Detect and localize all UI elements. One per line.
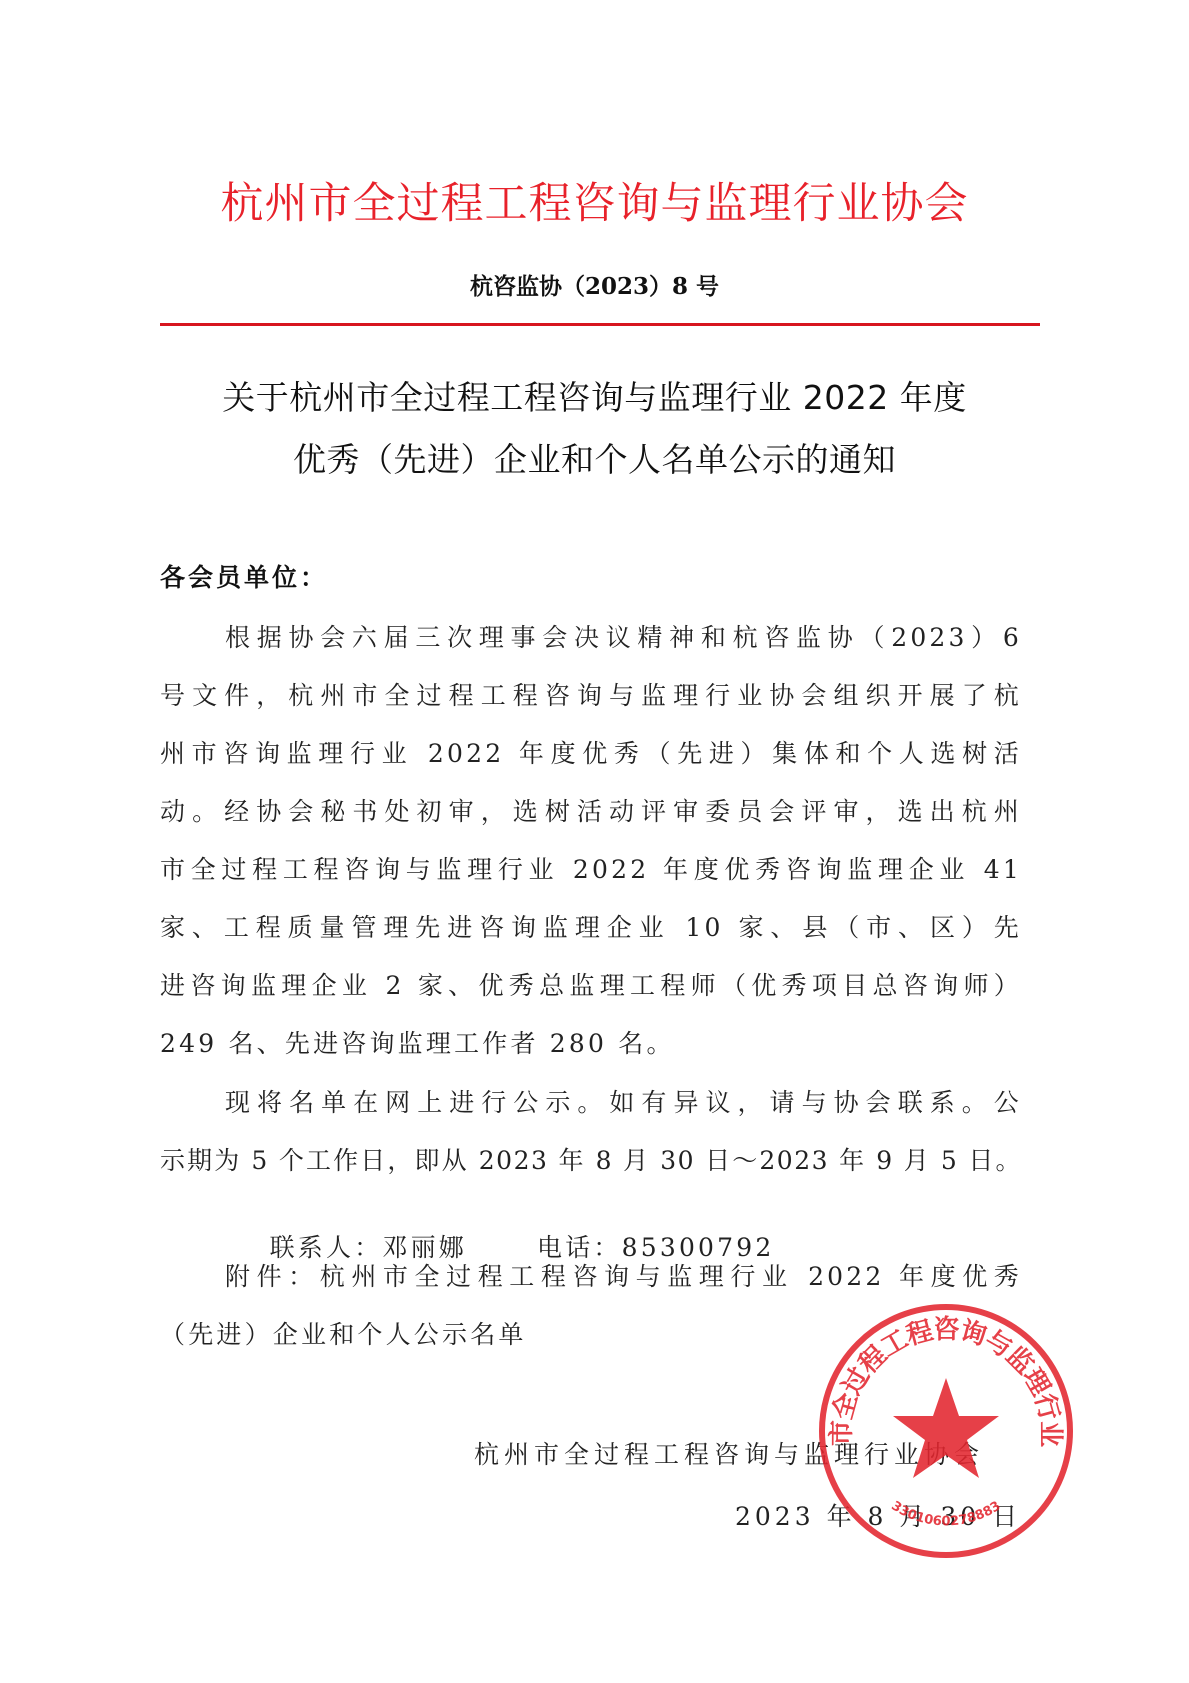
notice-title-line-2: 优秀（先进）企业和个人名单公示的通知 — [0, 434, 1189, 481]
body-line: 现将名单在网上进行公示。如有异议，请与协会联系。公 — [225, 1083, 1022, 1119]
notice-title-line-1: 关于杭州市全过程工程咨询与监理行业 2022 年度 — [0, 372, 1189, 419]
salutation: 各会员单位： — [160, 558, 328, 594]
body-line: 示期为 5 个工作日，即从 2023 年 8 月 30 日～2023 年 9 月… — [160, 1141, 1022, 1177]
signature-date: 2023 年 8 月 30 日 — [735, 1497, 1021, 1533]
letterhead-divider — [160, 323, 1040, 326]
body-line: 号文件，杭州市全过程工程咨询与监理行业协会组织开展了杭 — [160, 676, 1022, 712]
document-number: 杭咨监协（2023）8 号 — [0, 268, 1189, 301]
signature-organization: 杭州市全过程工程咨询与监理行业协会 — [474, 1435, 984, 1471]
body-line: 家、工程质量管理先进咨询监理企业 10 家、县（市、区）先 — [160, 908, 1022, 944]
document-page: 杭州市全过程工程咨询与监理行业协会 杭咨监协（2023）8 号 关于杭州市全过程… — [0, 0, 1189, 1683]
attachment-line: （先进）企业和个人公示名单 — [160, 1315, 1022, 1351]
body-line: 249 名、先进咨询监理工作者 280 名。 — [160, 1024, 1022, 1060]
body-line: 州市咨询监理行业 2022 年度优秀（先进）集体和个人选树活 — [160, 734, 1022, 770]
body-line: 动。经协会秘书处初审，选树活动评审委员会评审，选出杭州 — [160, 792, 1022, 828]
body-line: 根据协会六届三次理事会决议精神和杭咨监协（2023）6 — [225, 618, 1022, 654]
body-line: 进咨询监理企业 2 家、优秀总监理工程师（优秀项目总咨询师） — [160, 966, 1022, 1002]
attachment-line: 附件：杭州市全过程工程咨询与监理行业 2022 年度优秀 — [225, 1257, 1022, 1293]
body-line: 市全过程工程咨询与监理行业 2022 年度优秀咨询监理企业 41 — [160, 850, 1022, 886]
organization-letterhead: 杭州市全过程工程咨询与监理行业协会 — [0, 170, 1189, 231]
